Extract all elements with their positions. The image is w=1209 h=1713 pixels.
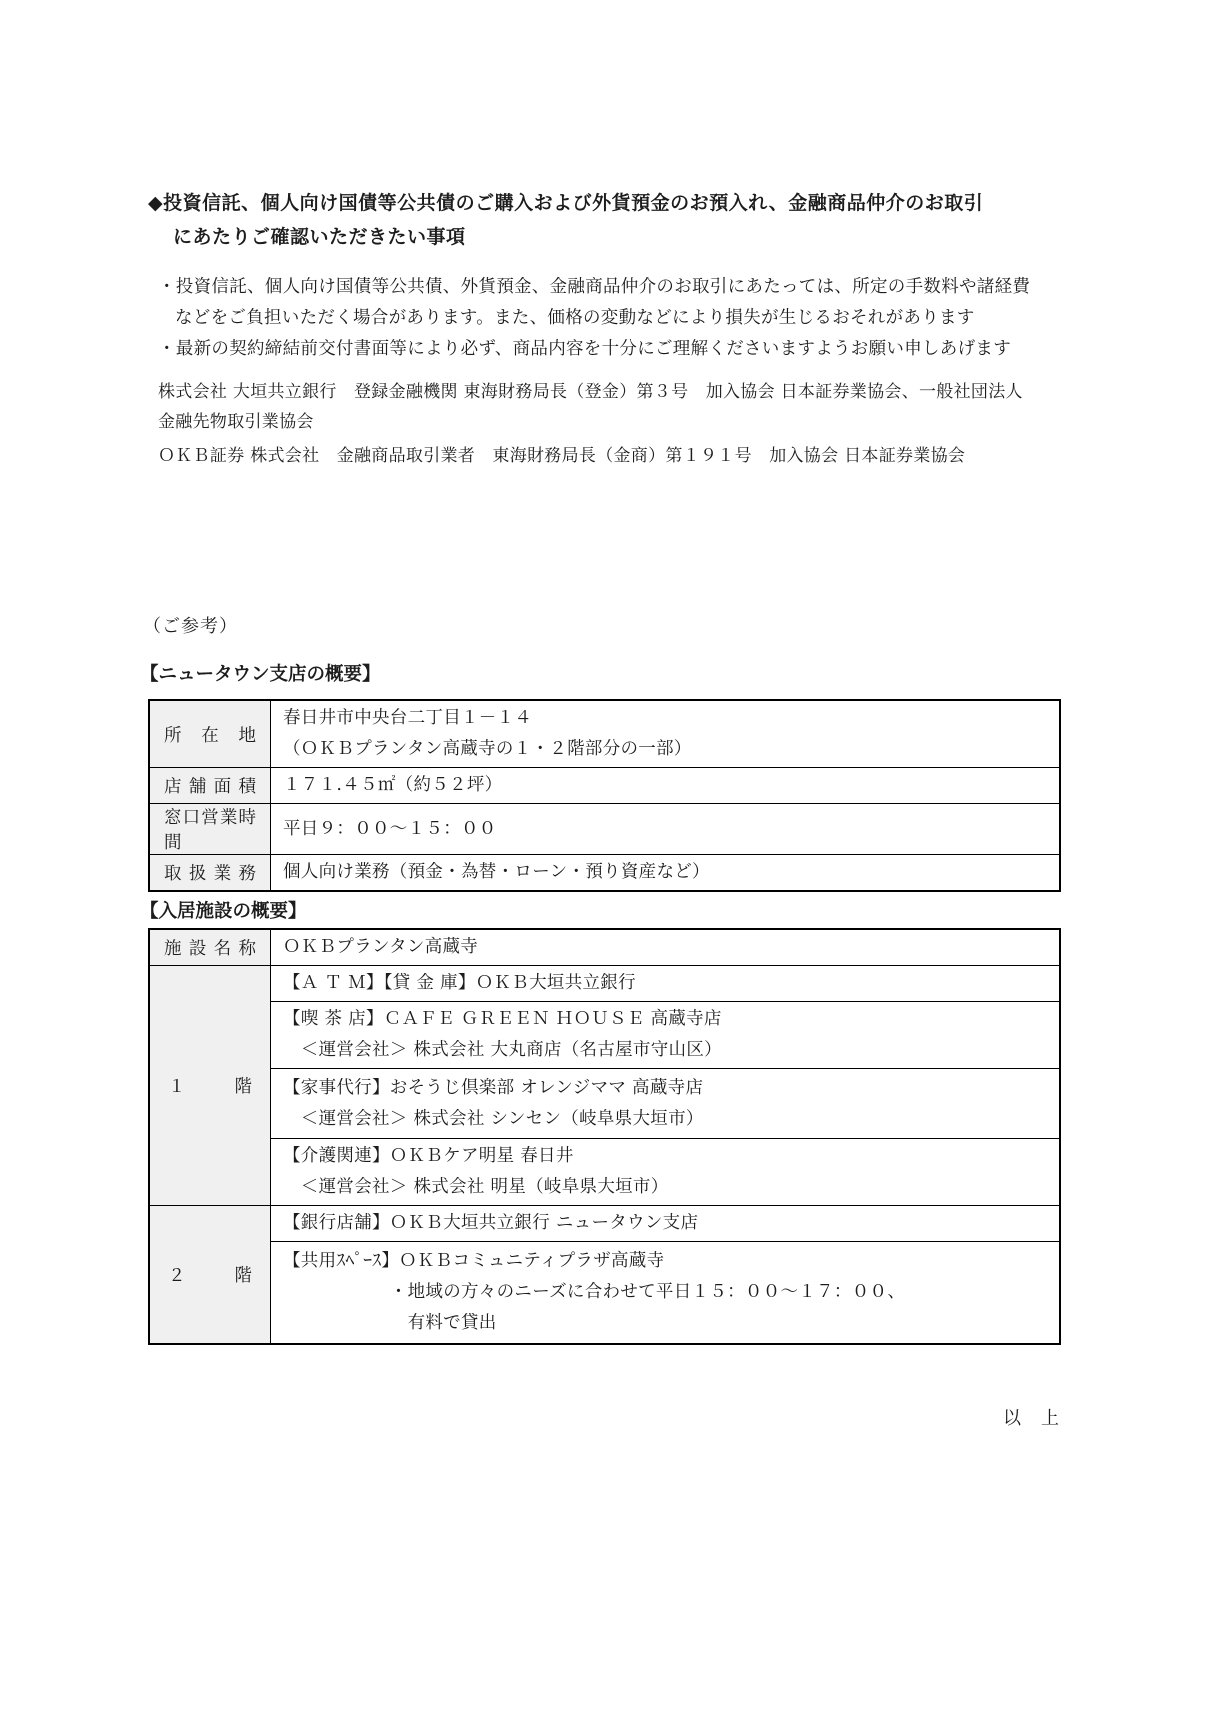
facility-table: 施設名称 ＯＫＢプランタン高蔵寺 １階 【Ａ Ｔ Ｍ】【貸 金 庫】ＯＫＢ大垣共… — [148, 928, 1061, 1345]
registration-block: 株式会社 大垣共立銀行 登録金融機関 東海財務局長（登金）第３号 加入協会 日本… — [158, 377, 1098, 471]
row-value-services: 個人向け業務（預金・為替・ローン・預り資産など） — [271, 855, 1061, 892]
floor2-item-plaza: 【共用ｽﾍﾟｰｽ】ＯＫＢコミュニティプラザ高蔵寺 ・地域の方々のニーズに合わせて… — [271, 1242, 1061, 1344]
registration-bank-line2: 金融先物取引業協会 — [158, 407, 1098, 437]
table-row-atm: １階 【Ａ Ｔ Ｍ】【貸 金 庫】ＯＫＢ大垣共立銀行 — [149, 966, 1060, 1002]
floor1-item-cafe: 【喫 茶 店】ＣＡＦＥ ＧＲＥＥＮ ＨＯＵＳＥ 高蔵寺店 ＜運営会社＞ 株式会社… — [271, 1002, 1061, 1069]
row-label-hours: 窓口営業時間 — [149, 804, 271, 855]
notice-bullets: ・投資信託、個人向け国債等公共債、外貨預金、金融商品仲介のお取引にあたっては、所… — [158, 272, 1098, 365]
floor1-item-housekeeping: 【家事代行】おそうじ倶楽部 オレンジママ 高蔵寺店 ＜運営会社＞ 株式会社 シン… — [271, 1069, 1061, 1139]
floor-label-1f: １階 — [149, 966, 271, 1206]
notice-heading: ◆投資信託、個人向け国債等公共債のご購入および外貨預金のお預入れ、金融商品仲介の… — [148, 186, 1098, 254]
table-row-cafe: 【喫 茶 店】ＣＡＦＥ ＧＲＥＥＮ ＨＯＵＳＥ 高蔵寺店 ＜運営会社＞ 株式会社… — [149, 1002, 1060, 1069]
table-row-facility-name: 施設名称 ＯＫＢプランタン高蔵寺 — [149, 929, 1060, 966]
registration-securities: ＯＫＢ証券 株式会社 金融商品取引業者 東海財務局長（金商）第１９１号 加入協会… — [158, 441, 1098, 471]
table-row-bank-branch: ２階 【銀行店舗】ＯＫＢ大垣共立銀行 ニュータウン支店 — [149, 1206, 1060, 1242]
table-row-care: 【介護関連】ＯＫＢケア明星 春日井 ＜運営会社＞ 株式会社 明星（岐阜県大垣市） — [149, 1139, 1060, 1206]
row-label-area: 店舗面積 — [149, 768, 271, 804]
registration-bank-line1: 株式会社 大垣共立銀行 登録金融機関 東海財務局長（登金）第３号 加入協会 日本… — [158, 377, 1098, 407]
document-page: ◆投資信託、個人向け国債等公共債のご購入および外貨預金のお預入れ、金融商品仲介の… — [0, 0, 1209, 1713]
bullet-fees-line2: などをご負担いただく場合があります。また、価格の変動などにより損失が生じるおそれ… — [158, 303, 1098, 334]
row-label-location: 所在地 — [149, 700, 271, 768]
table-row-housekeeping: 【家事代行】おそうじ倶楽部 オレンジママ 高蔵寺店 ＜運営会社＞ 株式会社 シン… — [149, 1069, 1060, 1139]
table-row-hours: 窓口営業時間 平日９：００～１５：００ — [149, 804, 1060, 855]
bullet-documents: ・最新の契約締結前交付書面等により必ず、商品内容を十分にご理解くださいますようお… — [158, 334, 1098, 365]
row-label-facility-name: 施設名称 — [149, 929, 271, 966]
bullet-fees-line1: ・投資信託、個人向け国債等公共債、外貨預金、金融商品仲介のお取引にあたっては、所… — [158, 272, 1098, 303]
row-value-area: １７１.４５㎡（約５２坪） — [271, 768, 1061, 804]
table-row-services: 取扱業務 個人向け業務（預金・為替・ローン・預り資産など） — [149, 855, 1060, 892]
branch-table: 所在地 春日井市中央台二丁目１－１４ （ＯＫＢプランタン高蔵寺の１・２階部分の一… — [148, 699, 1061, 892]
reference-label: （ご参考） — [143, 612, 238, 638]
row-value-facility-name: ＯＫＢプランタン高蔵寺 — [271, 929, 1061, 966]
floor2-item-bank: 【銀行店舗】ＯＫＢ大垣共立銀行 ニュータウン支店 — [271, 1206, 1061, 1242]
floor1-item-care: 【介護関連】ＯＫＢケア明星 春日井 ＜運営会社＞ 株式会社 明星（岐阜県大垣市） — [271, 1139, 1061, 1206]
facility-table-title: 【入居施設の概要】 — [140, 897, 307, 923]
branch-table-title: 【ニュータウン支店の概要】 — [140, 660, 381, 686]
row-value-hours: 平日９：００～１５：００ — [271, 804, 1061, 855]
closing-label: 以 上 — [860, 1404, 1060, 1430]
table-row-location: 所在地 春日井市中央台二丁目１－１４ （ＯＫＢプランタン高蔵寺の１・２階部分の一… — [149, 700, 1060, 768]
table-row-community-plaza: 【共用ｽﾍﾟｰｽ】ＯＫＢコミュニティプラザ高蔵寺 ・地域の方々のニーズに合わせて… — [149, 1242, 1060, 1344]
table-row-area: 店舗面積 １７１.４５㎡（約５２坪） — [149, 768, 1060, 804]
floor1-item-atm: 【Ａ Ｔ Ｍ】【貸 金 庫】ＯＫＢ大垣共立銀行 — [271, 966, 1061, 1002]
notice-heading-line1: ◆投資信託、個人向け国債等公共債のご購入および外貨預金のお預入れ、金融商品仲介の… — [148, 186, 1098, 220]
row-value-location: 春日井市中央台二丁目１－１４ （ＯＫＢプランタン高蔵寺の１・２階部分の一部） — [271, 700, 1061, 768]
floor-label-2f: ２階 — [149, 1206, 271, 1344]
notice-heading-line2: にあたりご確認いただきたい事項 — [148, 220, 1098, 254]
row-label-services: 取扱業務 — [149, 855, 271, 892]
